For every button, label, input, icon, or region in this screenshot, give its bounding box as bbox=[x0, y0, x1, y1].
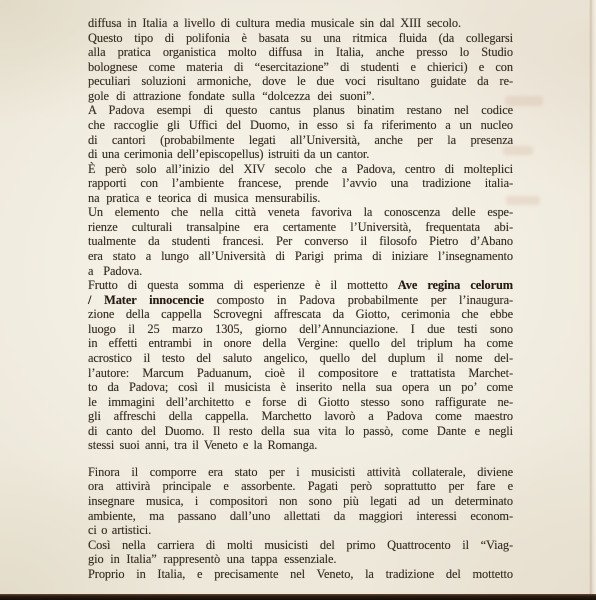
text-segment: composto in Padova probabilmente per l’i… bbox=[204, 293, 513, 307]
text-line: le immagini dell’architetto e forse di G… bbox=[88, 395, 513, 410]
text-line: stessi suoi anni, tra il Veneto e la Rom… bbox=[88, 438, 513, 453]
text-segment: tualmente da studenti francesi. Per conv… bbox=[88, 234, 513, 248]
text-segment: l’autore: Marcum Paduanum, cioè il compo… bbox=[88, 366, 513, 380]
text-line: ora attivirà principale e assorbente. Pa… bbox=[88, 479, 513, 494]
text-line: Frutto di questa somma di esperienze è i… bbox=[88, 278, 513, 293]
text-segment: peculiari soluzioni armoniche, dove le d… bbox=[88, 74, 513, 88]
text-segment: di una cerimonia dell’episcopellus) istr… bbox=[88, 147, 369, 161]
text-line: gli affreschi della cappella. Marchetto … bbox=[88, 409, 513, 424]
text-segment: a Padova. bbox=[88, 264, 142, 278]
text-segment: zione della cappella Scrovegni affrescat… bbox=[88, 307, 513, 321]
text-line: che raccoglie gli Uffici del Duomo, in e… bbox=[88, 118, 513, 133]
page-right-edge bbox=[589, 0, 596, 600]
text-segment: È però solo all’inizio del XIV secolo ch… bbox=[88, 162, 513, 176]
bleed-through-mark bbox=[503, 146, 533, 155]
text-segment: di cantori (probabilmente legati all’Uni… bbox=[88, 133, 513, 147]
text-line: insegnare musica, i compositori non sono… bbox=[88, 494, 513, 509]
text-segment: acrostico il testo del saluto angelico, … bbox=[88, 351, 513, 365]
text-line: diffusa in Italia a livello di cultura m… bbox=[88, 16, 513, 31]
text-segment: Questo tipo di polifonia è basata su una… bbox=[88, 31, 513, 45]
page-bottom-edge bbox=[0, 594, 596, 600]
text-segment: rienze culturali transalpine era certame… bbox=[88, 220, 513, 234]
text-segment: insegnare musica, i compositori non sono… bbox=[88, 494, 513, 508]
text-line: rapporti con l’ambiente francese, prende… bbox=[88, 176, 513, 191]
text-line: bolognese come materia di “esercitazione… bbox=[88, 60, 513, 75]
text-segment: Frutto di questa somma di esperienze è i… bbox=[88, 278, 398, 292]
text-line: l’autore: Marcum Paduanum, cioè il compo… bbox=[88, 366, 513, 381]
text-block: diffusa in Italia a livello di cultura m… bbox=[88, 16, 513, 581]
text-line: Un elemento che nella città veneta favor… bbox=[88, 205, 513, 220]
text-line: ci o artistici. bbox=[88, 523, 513, 538]
text-line: peculiari soluzioni armoniche, dove le d… bbox=[88, 74, 513, 89]
text-line: Finora il comporre era stato per i music… bbox=[88, 465, 513, 480]
text-line: Questo tipo di polifonia è basata su una… bbox=[88, 31, 513, 46]
text-segment: alla pratica organistica molto diffusa i… bbox=[88, 45, 513, 59]
text-segment: Finora il comporre era stato per i music… bbox=[88, 465, 513, 479]
text-segment: ambiente, ma passano dall’uno allettati … bbox=[88, 509, 513, 523]
text-segment: diffusa in Italia a livello di cultura m… bbox=[88, 16, 461, 30]
text-line: Così nella carriera di molti musicisti d… bbox=[88, 538, 513, 553]
text-segment: Un elemento che nella città veneta favor… bbox=[88, 205, 513, 219]
text-line: gole di attrazione fondate sulla “dolcez… bbox=[88, 89, 513, 104]
bold-text-segment: / Mater innocencie bbox=[88, 293, 204, 307]
text-line: tualmente da studenti francesi. Per conv… bbox=[88, 234, 513, 249]
text-line: to da Padova; così il musicista è inseri… bbox=[88, 380, 513, 395]
text-segment: gli affreschi della cappella. Marchetto … bbox=[88, 409, 513, 423]
text-segment: era stato a lungo all’Università di Pari… bbox=[88, 249, 513, 263]
text-segment: gole di attrazione fondate sulla “dolcez… bbox=[88, 89, 374, 103]
text-line: di cantori (probabilmente legati all’Uni… bbox=[88, 133, 513, 148]
text-line: / Mater innocencie composto in Padova pr… bbox=[88, 293, 513, 308]
text-segment: ci o artistici. bbox=[88, 523, 151, 537]
bleed-through-mark bbox=[506, 196, 540, 205]
text-line: luogo il 25 marzo 1305, giorno dell’Annu… bbox=[88, 322, 513, 337]
text-line: a Padova. bbox=[88, 264, 513, 279]
text-segment: na pratica e teorica di musica mensurabi… bbox=[88, 191, 320, 205]
text-line: gio in Italia” rappresentò una tappa ess… bbox=[88, 552, 513, 567]
text-segment: in effetti entrambi in onore della Vergi… bbox=[88, 336, 513, 350]
bold-text-segment: Ave regina celorum bbox=[398, 278, 513, 292]
text-line: alla pratica organistica molto diffusa i… bbox=[88, 45, 513, 60]
text-segment: ora attivirà principale e assorbente. Pa… bbox=[88, 479, 513, 493]
text-segment: che raccoglie gli Uffici del Duomo, in e… bbox=[88, 118, 513, 132]
text-line: Proprio in Italia, e precisamente nel Ve… bbox=[88, 567, 513, 582]
text-segment: rapporti con l’ambiente francese, prende… bbox=[88, 176, 513, 190]
text-segment: Proprio in Italia, e precisamente nel Ve… bbox=[88, 567, 513, 581]
text-line: È però solo all’inizio del XIV secolo ch… bbox=[88, 162, 513, 177]
text-segment: di canto del Duomo. Il resto della sua v… bbox=[88, 424, 513, 438]
text-segment: Così nella carriera di molti musicisti d… bbox=[88, 538, 513, 552]
bleed-through-mark bbox=[505, 96, 543, 106]
text-line: era stato a lungo all’Università di Pari… bbox=[88, 249, 513, 264]
text-segment: to da Padova; così il musicista è inseri… bbox=[88, 380, 513, 394]
text-segment: stessi suoi anni, tra il Veneto e la Rom… bbox=[88, 438, 317, 452]
text-segment: gio in Italia” rappresentò una tappa ess… bbox=[88, 552, 336, 566]
text-segment: le immagini dell’architetto e forse di G… bbox=[88, 395, 513, 409]
scanned-book-page: diffusa in Italia a livello di cultura m… bbox=[0, 0, 596, 600]
text-segment: luogo il 25 marzo 1305, giorno dell’Annu… bbox=[88, 322, 513, 336]
text-line: ambiente, ma passano dall’uno allettati … bbox=[88, 509, 513, 524]
text-line: zione della cappella Scrovegni affrescat… bbox=[88, 307, 513, 322]
text-line: di canto del Duomo. Il resto della sua v… bbox=[88, 424, 513, 439]
text-line: rienze culturali transalpine era certame… bbox=[88, 220, 513, 235]
text-line: in effetti entrambi in onore della Vergi… bbox=[88, 336, 513, 351]
text-line: na pratica e teorica di musica mensurabi… bbox=[88, 191, 513, 206]
text-line: di una cerimonia dell’episcopellus) istr… bbox=[88, 147, 513, 162]
text-segment: A Padova esempi di questo cantus planus … bbox=[88, 103, 513, 117]
text-line: A Padova esempi di questo cantus planus … bbox=[88, 103, 513, 118]
text-segment: bolognese come materia di “esercitazione… bbox=[88, 60, 513, 74]
text-line: acrostico il testo del saluto angelico, … bbox=[88, 351, 513, 366]
